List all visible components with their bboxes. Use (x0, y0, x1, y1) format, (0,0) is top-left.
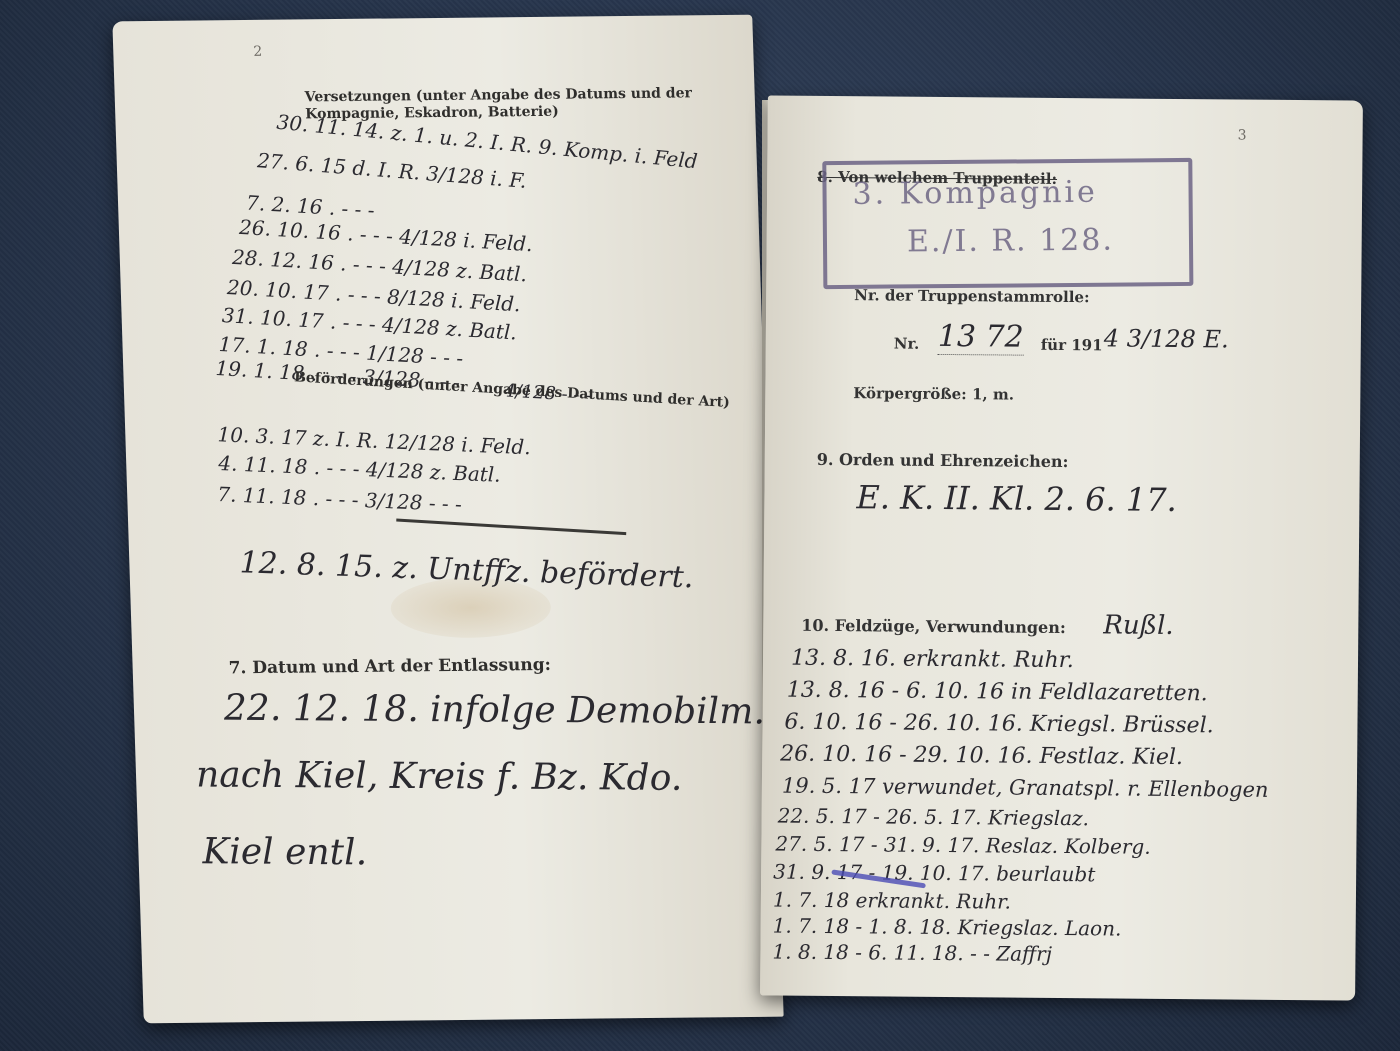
campaign-entry: 13. 8. 16. erkrankt. Ruhr. (791, 646, 1074, 673)
campaign-entry: 22. 5. 17 - 26. 5. 17. Kriegslaz. (778, 804, 1090, 831)
campaigns-heading: 10. Feldzüge, Verwundungen: (801, 616, 1066, 637)
roll-label: Nr. der Truppenstammrolle: (854, 286, 1090, 306)
campaign-entry: 31. 9. 17 - 19. 10. 17. beurlaubt (773, 859, 1095, 886)
decorations-heading: 9. Orden und Ehrenzeichen: (817, 450, 1069, 471)
promotion-entry: 4. 11. 18 . - - - 4/128 z. Batl. (218, 451, 501, 487)
promotion-extra-entry: 12. 8. 15. z. Untffz. befördert. (239, 545, 693, 595)
campaign-entry: 1. 7. 18 - 1. 8. 18. Kriegslaz. Laon. (773, 913, 1122, 940)
unit-stamp: 3. Kompagnie E./I. R. 128. (822, 158, 1193, 289)
roll-nr-value: 13 72 (938, 319, 1024, 356)
body-height-label: Körpergröße: 1, m. (853, 384, 1014, 403)
campaign-entry: 1. 8. 18 - 6. 11. 18. - - Zaffrj (772, 939, 1052, 965)
left-page: 2 Versetzungen (unter Angabe des Datums … (112, 15, 783, 1024)
promotions-heading: Beförderungen (unter Angabe des Datums u… (294, 369, 734, 412)
divider-line (396, 519, 626, 536)
decorations-entry: E. K. II. Kl. 2. 6. 17. (856, 478, 1177, 519)
stamp-line-1: 3. Kompagnie (852, 175, 1098, 212)
roll-year-value: 4 3/128 E. (1104, 324, 1229, 353)
right-page: 3 8. Von welchem Truppenteil: 3. Kompagn… (760, 95, 1363, 1000)
page-number-left: 2 (253, 44, 262, 60)
campaign-entry: 13. 8. 16 - 6. 10. 16 in Feldlazaretten. (787, 678, 1208, 707)
campaign-entry: 27. 5. 17 - 31. 9. 17. Reslaz. Kolberg. (775, 832, 1150, 859)
promotion-entry: 7. 11. 18 . - - - 3/128 - - - (217, 482, 462, 516)
campaign-entry: 6. 10. 16 - 26. 10. 16. Kriegsl. Brüssel… (784, 710, 1213, 739)
roll-year-label: für 191 (1041, 336, 1103, 355)
discharge-line: Kiel entl. (202, 831, 367, 873)
page-number-right: 3 (1238, 128, 1247, 144)
roll-nr-label: Nr. (894, 335, 920, 353)
stamp-line-2: E./I. R. 128. (907, 223, 1114, 260)
discharge-heading: 7. Datum und Art der Entlassung: (228, 655, 551, 678)
transfer-entry: 27. 6. 15 d. I. R. 3/128 i. F. (257, 148, 528, 193)
campaign-entry: 19. 5. 17 verwundet, Granatspl. r. Ellen… (782, 774, 1269, 802)
campaign-entry: 26. 10. 16 - 29. 10. 16. Festlaz. Kiel. (780, 742, 1183, 771)
discharge-line: 22. 12. 18. infolge Demobilm. (224, 688, 765, 733)
campaigns-annotation: Rußl. (1103, 610, 1174, 641)
campaign-entry: 1. 7. 18 erkrankt. Ruhr. (773, 887, 1011, 913)
discharge-line: nach Kiel, Kreis f. Bz. Kdo. (196, 754, 683, 798)
